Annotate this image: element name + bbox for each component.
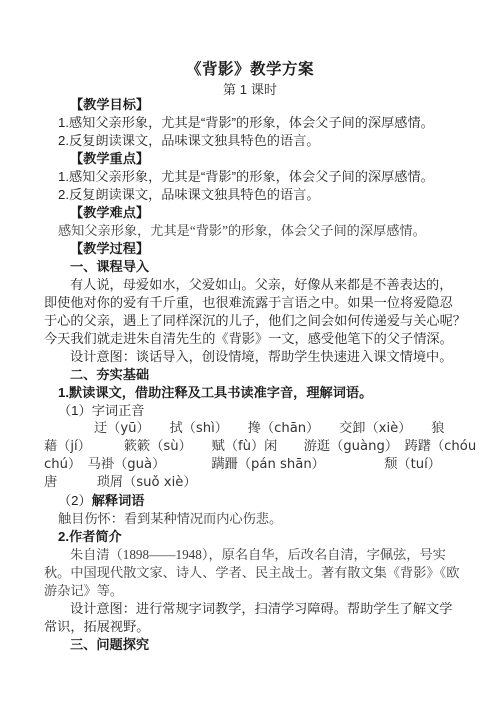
- doc-line-25: 朱自清（1898——1948），原名自华，后改名自清，字佩弦，号实: [44, 546, 484, 564]
- doc-line-24: 2.作者简介: [44, 528, 484, 546]
- doc-line-2: 2.反复朗读课文，品味课文独具特色的语言。: [44, 132, 484, 150]
- doc-line-16: 1.默读课文，借助注释及工具书读准字音，理解词语。: [44, 384, 484, 402]
- doc-line-26: 秋。中国现代散文家、诗人、学者、民主战士。著有散文集《背影》《欧: [44, 564, 484, 582]
- doc-line-30: 三、问题探究: [44, 636, 484, 654]
- doc-line-14: 设计意图：谈话导入，创设情境，帮助学生快速进入课文情境中。: [44, 348, 484, 366]
- doc-line-19: 藉（jí） 簌簌（sù） 赋（fù）闲 游逛（guàng） 踌躇（chóu: [44, 438, 484, 456]
- doc-line-17: （1）字词正音: [44, 402, 484, 420]
- doc-line-0: 【教学目标】: [44, 96, 484, 114]
- document-title: 《背影》教学方案: [0, 60, 500, 80]
- doc-line-6: 【教学难点】: [44, 204, 484, 222]
- doc-line-run: 解释词语: [92, 493, 145, 508]
- doc-line-3: 【教学重点】: [44, 150, 484, 168]
- doc-line-28: 设计意图：进行常规字词教学，扫清学习障碍。帮助学生了解文学: [44, 600, 484, 618]
- doc-line-18: 迂（yū） 拭（shì） 搀（chān） 交卸（xiè） 狼: [44, 420, 484, 438]
- document-body: 【教学目标】1.感知父亲形象，尤其是“背影”的形象，体会父子间的深厚感情。2.反…: [44, 96, 484, 654]
- doc-line-22: （2）解释词语: [44, 492, 484, 510]
- doc-line-23: 触目伤怀：看到某种情况而内心伤悲。: [44, 510, 484, 528]
- doc-line-12: 于心的父亲，遇上了同样深沉的儿子，他们之间会如何传递爱与关心呢？: [44, 312, 484, 330]
- doc-line-1: 1.感知父亲形象，尤其是“背影”的形象，体会父子间的深厚感情。: [44, 114, 484, 132]
- doc-line-7: 感知父亲形象，尤其是“背影”的形象，体会父子间的深厚感情。: [44, 222, 484, 240]
- doc-line-15: 二、夯实基础: [44, 366, 484, 384]
- doc-line-27: 游杂记》等。: [44, 582, 484, 600]
- doc-line-run: （2）: [58, 493, 92, 508]
- doc-line-29: 常识，拓展视野。: [44, 618, 484, 636]
- document-page: 《背影》教学方案 第 1 课时 【教学目标】1.感知父亲形象，尤其是“背影”的形…: [0, 0, 500, 707]
- doc-line-8: 【教学过程】: [44, 240, 484, 258]
- doc-line-21: 唐 琐屑（suǒ xiè）: [44, 474, 484, 492]
- doc-line-9: 一、课程导入: [44, 258, 484, 276]
- doc-line-5: 2.反复朗读课文，品味课文独具特色的语言。: [44, 186, 484, 204]
- doc-line-13: 今天我们就走进朱自清先生的《背影》一文，感受他笔下的父子情深。: [44, 330, 484, 348]
- doc-line-10: 有人说，母爱如水，父爱如山。父亲，好像从来都是不善表达的，: [44, 276, 484, 294]
- doc-line-4: 1.感知父亲形象，尤其是“背影”的形象，体会父子间的深厚感情。: [44, 168, 484, 186]
- doc-line-11: 即使他对你的爱有千斤重，也很难流露于言语之中。如果一位将爱隐忍: [44, 294, 484, 312]
- doc-line-20: chú） 马褂（guà） 蹒跚（pán shān） 颓（tuí）: [44, 456, 484, 474]
